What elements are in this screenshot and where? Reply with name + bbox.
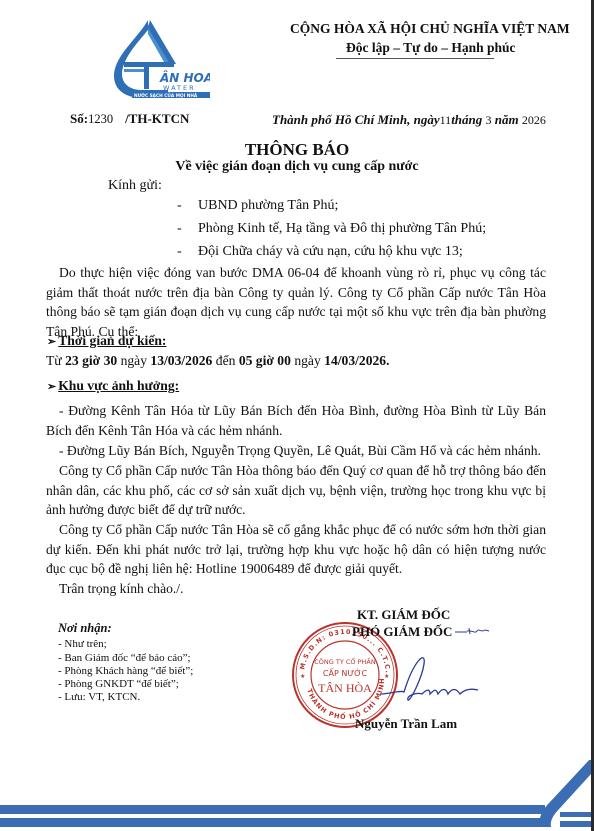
dateline-year-label: năm	[495, 112, 519, 127]
time-section-heading: ➢Thời gian dự kiến:	[47, 333, 166, 349]
area-section-heading: ➢Khu vực ảnh hưởng:	[47, 378, 179, 394]
recipient-item: -Phòng Kinh tế, Hạ tầng và Đô thị phường…	[177, 221, 486, 237]
notify-paragraph: Công ty Cổ phần Cấp nước Tân Hòa thông b…	[46, 461, 546, 520]
outage-timeline: Từ 23 giờ 30 ngày 13/03/2026 đến 05 giờ …	[46, 353, 389, 369]
stamp-line3: TÂN HÒA	[318, 681, 372, 695]
document-subtitle: Về việc gián đoạn dịch vụ cung cấp nước	[0, 159, 594, 175]
motto-underline	[336, 58, 494, 59]
intro-paragraph: Do thực hiện việc đóng van bước DMA 06-0…	[46, 263, 546, 341]
doc-number-suffix: /TH-KTCN	[125, 111, 189, 126]
affected-area-item: - Đường Kênh Tân Hóa từ Lũy Bán Bích đến…	[46, 401, 546, 440]
signer-name: Nguyễn Trần Lam	[355, 716, 457, 732]
svg-text:★: ★	[300, 673, 305, 680]
arrow-bullet-icon: ➢	[47, 381, 56, 393]
logo-water-text: WATER	[163, 84, 196, 92]
receivers-title: Nơi nhận:	[58, 621, 112, 636]
signature-title-line2: PHÓ GIÁM ĐỐC	[352, 624, 452, 640]
recipient-bullet: -	[177, 244, 198, 260]
end-date: 14/03/2026.	[324, 353, 389, 368]
document-number: Số:1230/TH-KTCN	[70, 111, 189, 127]
recipient-text: UBND phường Tân Phú;	[198, 198, 338, 213]
receiver-item: - Ban Giám đốc “để báo cáo”;	[58, 652, 191, 664]
receiver-item: - Phòng GNKDT “để biết”;	[58, 678, 179, 690]
area-section-label: Khu vực ảnh hưởng:	[58, 378, 179, 393]
dateline: Thành phố Hồ Chí Minh, ngày11tháng 3 năm…	[272, 112, 546, 128]
closing-line: Trân trọng kính chào./.	[46, 579, 546, 599]
start-date: 13/03/2026	[150, 353, 212, 368]
recipient-text: Đội Chữa cháy và cứu nạn, cứu hộ khu vực…	[198, 244, 463, 259]
dateline-day: 11	[440, 113, 452, 127]
receiver-item: - Phòng Khách hàng “để biết”;	[58, 665, 193, 677]
dateline-month: 3	[486, 113, 492, 127]
doc-number-label: Số:	[70, 111, 88, 126]
recipient-item: -Đội Chữa cháy và cứu nạn, cứu hộ khu vự…	[177, 244, 463, 260]
dateline-month-label: tháng	[451, 112, 482, 127]
document-title: THÔNG BÁO	[0, 140, 594, 160]
end-time: 05 giờ 00	[239, 353, 291, 368]
handwritten-signature-icon	[380, 650, 480, 710]
dateline-place: Thành phố Hồ Chí Minh, ngày	[272, 112, 440, 127]
stamp-line1: CÔNG TY CỔ PHẦN	[314, 656, 376, 666]
greeting: Kính gửi:	[108, 178, 162, 194]
initial-signature-icon	[455, 625, 495, 637]
timeline-word: đến	[216, 353, 236, 368]
receiver-item: - Lưu: VT, KTCN.	[58, 691, 140, 703]
timeline-word: ngày	[294, 353, 320, 368]
tan-hoa-water-logo-icon: ÂN HOA WATER NƯỚC SẠCH CỦA MỌI NHÀ	[108, 18, 210, 98]
receiver-item: - Như trên;	[58, 638, 107, 650]
doc-number-value: 1230	[88, 112, 113, 126]
affected-area-item: - Đường Lũy Bán Bích, Nguyễn Trọng Quyền…	[46, 441, 546, 461]
timeline-word: Từ	[46, 353, 62, 368]
stamp-line2: CẤP NƯỚC	[323, 667, 368, 678]
recipient-bullet: -	[177, 221, 198, 237]
footer-stripe-decoration-icon	[0, 760, 591, 831]
logo-brand-text: ÂN HOA	[159, 70, 210, 85]
start-time: 23 giờ 30	[65, 353, 117, 368]
motto-heading: Độc lập – Tự do – Hạnh phúc	[346, 40, 516, 56]
fix-paragraph: Công ty Cổ phần Cấp nước Tân Hòa sẽ cố g…	[46, 520, 546, 579]
recipient-bullet: -	[177, 198, 198, 214]
nation-heading: CỘNG HÒA XÃ HỘI CHỦ NGHĨA VIỆT NAM	[290, 21, 570, 37]
arrow-bullet-icon: ➢	[47, 336, 56, 348]
recipient-text: Phòng Kinh tế, Hạ tầng và Đô thị phường …	[198, 221, 486, 236]
recipient-item: -UBND phường Tân Phú;	[177, 198, 338, 214]
time-section-label: Thời gian dự kiến:	[58, 333, 166, 348]
signature-title-line1: KT. GIÁM ĐỐC	[357, 607, 450, 623]
timeline-word: ngày	[121, 353, 147, 368]
dateline-year: 2026	[522, 113, 546, 127]
